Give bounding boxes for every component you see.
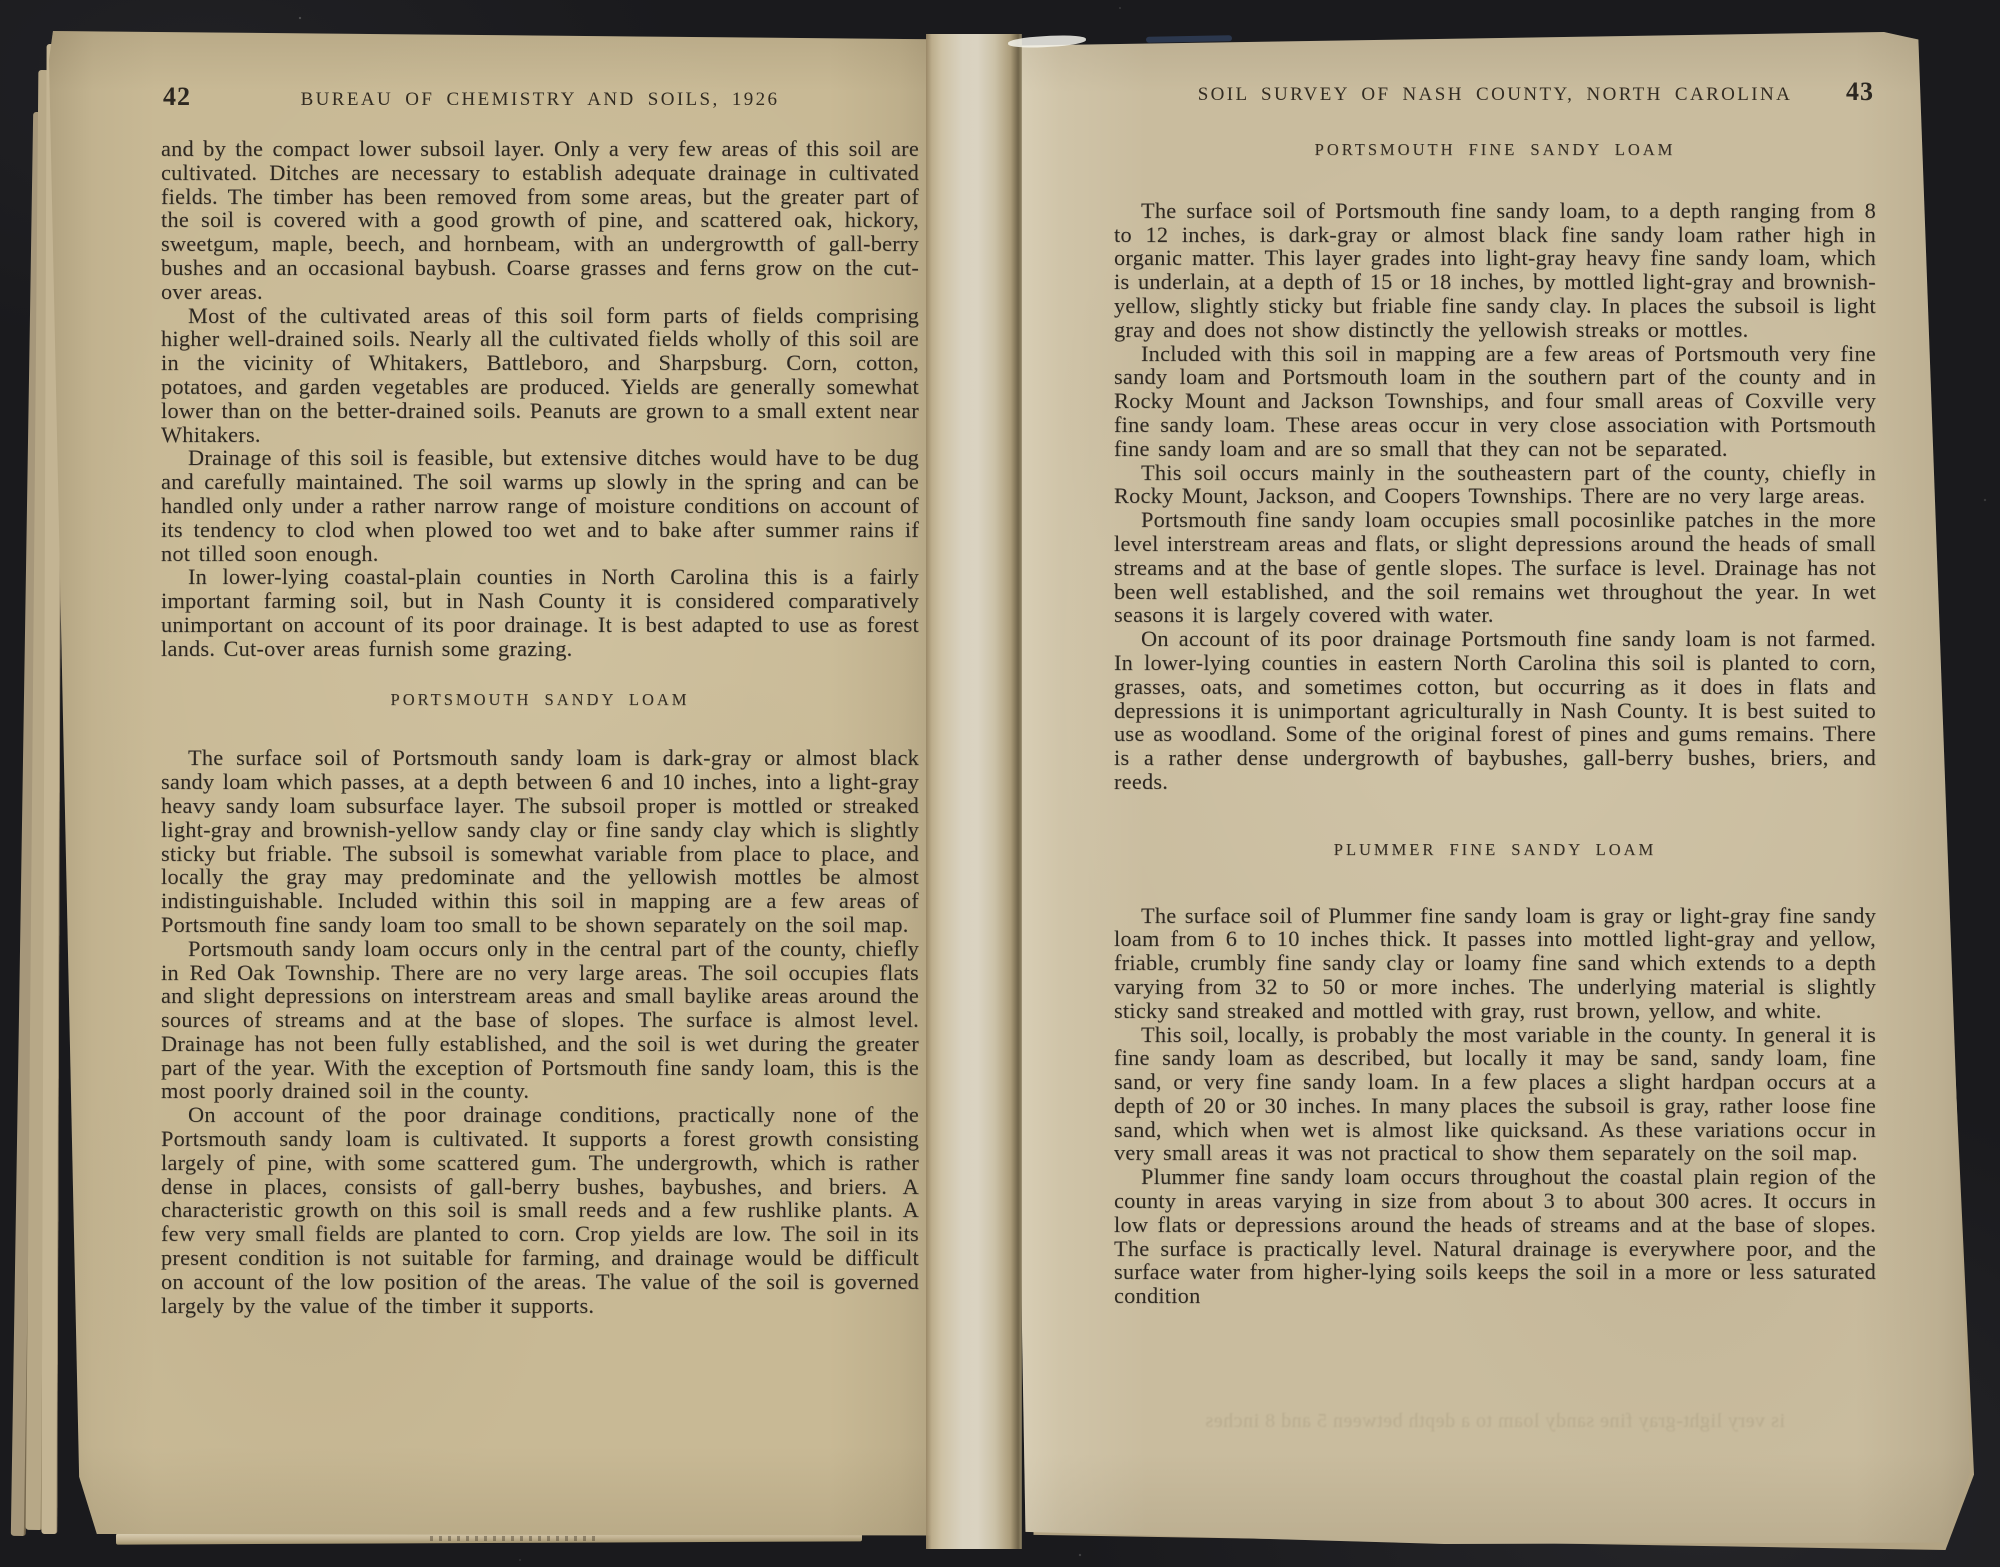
running-header: BUREAU OF CHEMISTRY AND SOILS, 1926	[161, 87, 919, 111]
scanned-book-photo: { "colors": { "background": "#1a1a1d", "…	[0, 0, 2000, 1567]
body-paragraph: This soil occurs mainly in the southeast…	[1114, 461, 1876, 509]
section-heading: PORTSMOUTH SANDY LOAM	[161, 688, 919, 712]
body-paragraph: This soil, locally, is probably the most…	[1114, 1023, 1876, 1166]
body-paragraph: Plummer fine sandy loam occurs throughou…	[1114, 1165, 1876, 1308]
body-paragraph: The surface soil of Portsmouth sandy loa…	[161, 746, 919, 936]
body-paragraph: On account of its poor drainage Portsmou…	[1114, 627, 1876, 794]
fore-edge-marks	[430, 1536, 600, 1541]
body-paragraph: Most of the cultivated areas of this soi…	[161, 304, 919, 447]
body-paragraph: On account of the poor drainage conditio…	[161, 1103, 919, 1317]
left-page-body: and by the compact lower subsoil layer. …	[161, 137, 919, 1317]
body-paragraph: Included with this soil in mapping are a…	[1114, 342, 1876, 461]
body-paragraph: The surface soil of Portsmouth fine sand…	[1114, 199, 1876, 342]
right-page-body: PORTSMOUTH FINE SANDY LOAM The surface s…	[1114, 138, 1876, 1308]
body-paragraph: and by the compact lower subsoil layer. …	[161, 137, 919, 304]
left-page-text-column: 42 BUREAU OF CHEMISTRY AND SOILS, 1926 a…	[161, 87, 919, 1317]
page-number: 42	[163, 82, 191, 112]
body-paragraph: Portsmouth sandy loam occurs only in the…	[161, 937, 919, 1104]
running-header: SOIL SURVEY OF NASH COUNTY, NORTH CAROLI…	[1114, 82, 1876, 106]
body-paragraph: The surface soil of Plummer fine sandy l…	[1114, 904, 1876, 1023]
right-page-text-column: SOIL SURVEY OF NASH COUNTY, NORTH CAROLI…	[1114, 82, 1876, 1308]
right-running-head: SOIL SURVEY OF NASH COUNTY, NORTH CAROLI…	[1114, 82, 1876, 110]
show-through-ghost-text: is very light-gray fine sandy loam to a …	[1114, 1410, 1876, 1433]
navy-edge-mark	[1146, 35, 1232, 42]
left-page: 42 BUREAU OF CHEMISTRY AND SOILS, 1926 a…	[49, 31, 935, 1537]
section-heading: PLUMMER FINE SANDY LOAM	[1114, 838, 1876, 862]
page-number: 43	[1846, 77, 1874, 107]
section-heading: PORTSMOUTH FINE SANDY LOAM	[1114, 138, 1876, 162]
right-page: SOIL SURVEY OF NASH COUNTY, NORTH CAROLI…	[1014, 32, 1970, 1544]
body-paragraph: Portsmouth fine sandy loam occupies smal…	[1114, 508, 1876, 627]
left-running-head: 42 BUREAU OF CHEMISTRY AND SOILS, 1926	[161, 87, 919, 115]
body-paragraph: In lower-lying coastal-plain counties in…	[161, 565, 919, 660]
body-paragraph: Drainage of this soil is feasible, but e…	[161, 446, 919, 565]
book-gutter	[926, 34, 1022, 1549]
